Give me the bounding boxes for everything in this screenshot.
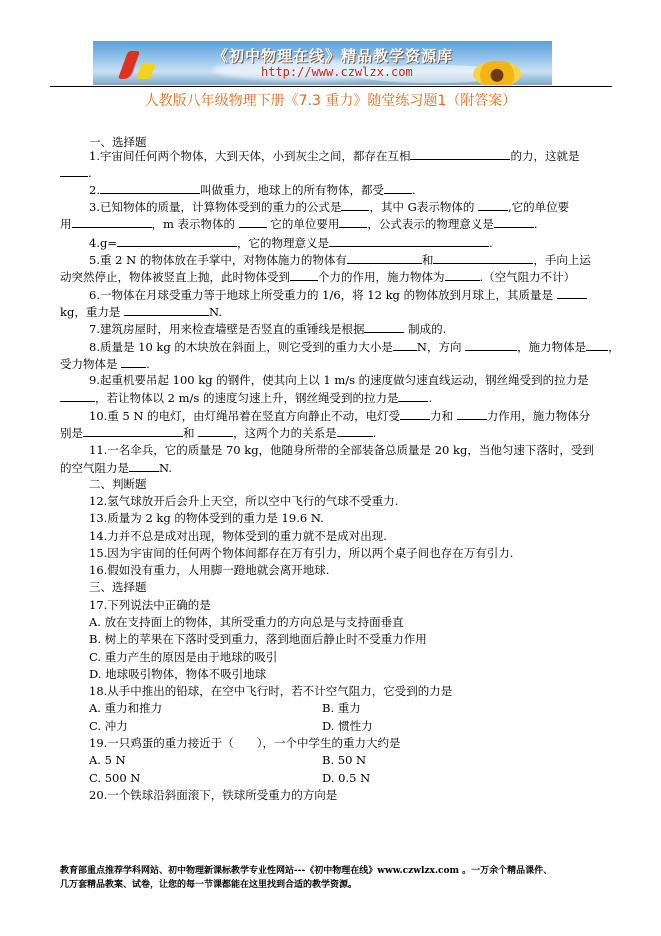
question-7: 7.建筑房屋时，用来检查墙壁是否竖直的重锤线是根据 制成的.	[89, 321, 446, 336]
question-1: 1.宇宙间任何两个物体，大到天体，小到灰尘之间，都存在互相的力，这就是	[89, 148, 579, 163]
question-8: 8.质量是 10 kg 的木块放在斜面上，则它受到的重力大小是N，方向 ，施力物…	[89, 339, 620, 354]
section-heading: 三、选择题	[89, 580, 147, 594]
question-13: 13.质量为 2 kg 的物体受到的重力是 19.6 N.	[89, 511, 324, 525]
question-16: 16.假如没有重力，人用脚一蹬地就会离开地球.	[89, 563, 329, 577]
question-4: 4.g=，它的物理意义是.	[89, 235, 493, 250]
question-9: 9.起重机要吊起 100 kg 的钢件，使其向上以 1 m/s 的速度做匀速直线…	[89, 373, 589, 387]
site-banner: 《初中物理在线》精品教学资源库 http://www.czwlzx.com	[93, 41, 552, 85]
option-17b: B. 树上的苹果在下落时受到重力，落到地面后静止时不受重力作用	[89, 632, 427, 646]
question-17: 17.下列说法中正确的是	[89, 598, 211, 612]
option-17d: D. 地球吸引物体，物体不吸引地球	[89, 667, 266, 681]
banner-title: 《初中物理在线》精品教学资源库	[213, 45, 453, 66]
document-title: 人教版八年级物理下册《7.3 重力》随堂练习题1（附答案）	[0, 90, 661, 110]
option-18d: D. 惯性力	[322, 719, 373, 733]
footer-line: 几万套精品教案、试卷，让您的每一节课都能在这里找到合适的教学资源。	[60, 877, 357, 890]
section-heading: 一、选择题	[89, 135, 147, 149]
question-15: 15.因为宇宙间的任何两个物体间都存在万有引力，所以两个桌子间也存在万有引力.	[89, 546, 513, 560]
answer-blank	[364, 321, 404, 333]
question-5: 5.重 2 N 的物体放在手掌中，对物体施力的物体有和，手向上运	[89, 252, 591, 267]
question-5-cont: 动突然停止，物体被竖直上抛，此时物体受到个力的作用，施力物体为.（空气阻力不计）	[60, 269, 575, 284]
question-14: 14.力并不总是成对出现，物体受到的重力就不是成对出现.	[89, 529, 387, 543]
answer-blank	[339, 216, 367, 228]
question-3: 3.已知物体的质量，计算物体受到的重力的公式是，其中 G表示物体的 ,它的单位要	[89, 199, 569, 214]
question-2: 2.叫做重力，地球上的所有物体，都受.	[89, 182, 416, 197]
answer-blank	[586, 339, 608, 351]
answer-blank	[198, 425, 233, 437]
option-19a: A. 5 N	[89, 753, 126, 767]
question-10: 10.重 5 N 的电灯，由灯绳吊着在竖直方向静止不动，电灯受力和 力作用，施力…	[89, 408, 590, 423]
option-17c: C. 重力产生的原因是由于地球的吸引	[89, 650, 277, 664]
option-18c: C. 冲力	[89, 719, 128, 733]
answer-blank	[384, 182, 412, 194]
answer-blank	[398, 390, 428, 402]
question-1-cont: .	[60, 165, 92, 180]
answer-blank	[347, 252, 422, 264]
answer-blank	[494, 216, 534, 228]
footer-line: 教育部重点推荐学科网站、初中物理新课标教学专业性网站---《初中物理在线》www…	[60, 863, 552, 876]
question-11-cont: 的空气阻力是N.	[60, 460, 172, 475]
answer-blank	[60, 390, 95, 402]
logo-icon	[136, 63, 156, 79]
option-17a: A. 放在支持面上的物体，其所受重力的方向总是与支持面垂直	[89, 615, 404, 629]
answer-blank	[341, 199, 369, 211]
question-19: 19.一只鸡蛋的重力接近于（ ），一个中学生的重力大约是	[89, 736, 401, 750]
answer-blank	[393, 339, 417, 351]
question-6-cont: kg，重力是 N.	[60, 304, 222, 319]
banner-url: http://www.czwlzx.com	[261, 65, 413, 79]
answer-blank	[400, 408, 430, 420]
answer-blank	[100, 182, 200, 194]
header-divider	[50, 86, 612, 87]
answer-blank	[124, 304, 209, 316]
answer-blank	[557, 287, 587, 299]
question-10-cont: 别是和 ，这两个力的关系是.	[60, 425, 376, 440]
answer-blank	[337, 425, 373, 437]
answer-blank	[478, 199, 508, 211]
answer-blank	[117, 235, 237, 247]
question-9-cont: ，若让物体以 2 m/s 的速度匀速上升，钢丝绳受到的拉力是.	[60, 390, 432, 405]
question-20: 20.一个铁球沿斜面滚下，铁球所受重力的方向是	[89, 788, 337, 802]
answer-blank	[329, 235, 489, 247]
answer-blank	[60, 165, 88, 177]
option-19b: B. 50 N	[322, 753, 366, 767]
answer-blank	[121, 356, 146, 368]
answer-blank	[290, 269, 318, 281]
option-18a: A. 重力和推力	[89, 701, 162, 715]
answer-blank	[239, 216, 267, 228]
answer-blank	[83, 425, 183, 437]
option-19c: C. 500 N	[89, 771, 140, 785]
answer-blank	[465, 339, 517, 351]
question-11: 11.一名伞兵，它的质量是 70 kg，他随身所带的全部装备总质量是 20 kg…	[89, 443, 594, 457]
option-18b: B. 重力	[322, 701, 361, 715]
question-12: 12.氢气球放开后会升上天空，所以空中飞行的气球不受重力.	[89, 494, 398, 508]
question-18: 18.从手中推出的铅球，在空中飞行时，若不计空气阻力，它受到的力是	[89, 684, 452, 698]
answer-blank	[433, 252, 533, 264]
sunflower-image	[473, 61, 521, 85]
section-heading: 二、判断题	[89, 477, 147, 491]
answer-blank	[457, 408, 487, 420]
answer-blank	[410, 148, 510, 160]
answer-blank	[72, 216, 152, 228]
answer-blank	[445, 269, 480, 281]
question-8-cont: 受力物体是 .	[60, 356, 150, 371]
answer-blank	[129, 460, 159, 472]
option-19d: D. 0.5 N	[322, 771, 370, 785]
question-6: 6.一物体在月球受重力等于地球上所受重力的 1/6，将 12 kg 的物体放到月…	[89, 287, 587, 302]
question-3-cont: 用，m 表示物体的 它的单位要用，公式表示的物理意义是.	[60, 216, 538, 231]
